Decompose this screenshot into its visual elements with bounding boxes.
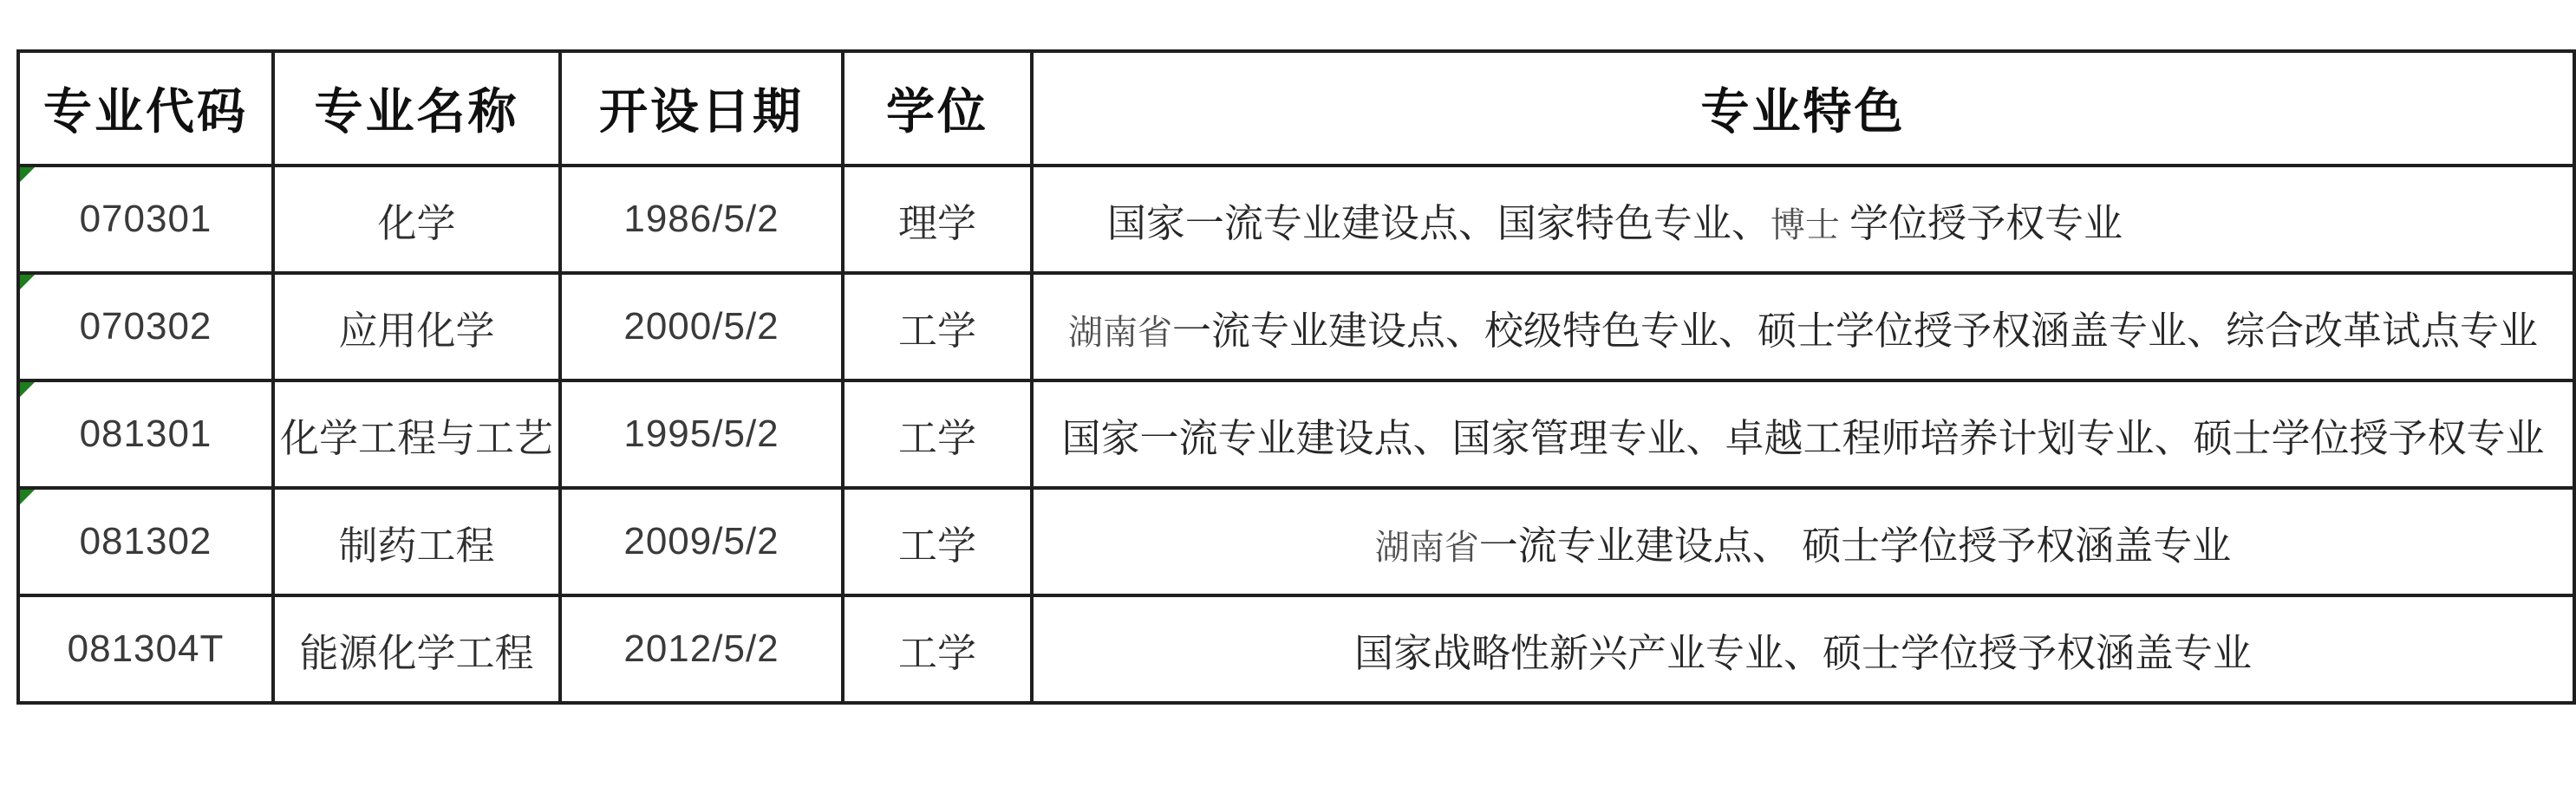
excel-flag-icon	[20, 382, 35, 397]
cell-degree[interactable]: 工学	[843, 273, 1032, 380]
cell-code[interactable]: 070302	[18, 273, 273, 380]
name-text: 化学	[377, 201, 455, 245]
code-text: 081304T	[68, 627, 225, 670]
code-text: 081301	[80, 413, 212, 455]
date-text: 1986/5/2	[623, 198, 779, 240]
features-text-segment: 博士	[1771, 206, 1849, 244]
excel-flag-icon	[20, 167, 35, 182]
cell-date[interactable]: 2012/5/2	[560, 595, 843, 703]
table-header: 专业代码 专业名称 开设日期 学位 专业特色	[18, 51, 2574, 166]
features-text-segment: 学位授予权专业	[1849, 201, 2123, 245]
table-row: 070301化学1986/5/2理学国家一流专业建设点、国家特色专业、博士 学位…	[18, 166, 2574, 273]
code-text: 070301	[80, 198, 212, 240]
cell-features[interactable]: 湖南省一流专业建设点、校级特色专业、硕士学位授予权涵盖专业、综合改革试点专业	[1032, 273, 2574, 380]
column-header-degree[interactable]: 学位	[843, 51, 1032, 166]
table-row: 070302应用化学2000/5/2工学湖南省一流专业建设点、校级特色专业、硕士…	[18, 273, 2574, 380]
cell-features[interactable]: 湖南省一流专业建设点、 硕士学位授予权涵盖专业	[1032, 488, 2574, 595]
degree-text: 工学	[898, 309, 976, 353]
table-row: 081304T能源化学工程2012/5/2工学国家战略性新兴产业专业、硕士学位授…	[18, 595, 2574, 703]
features-text-segment: 国家一流专业建设点、国家特色专业、	[1107, 201, 1771, 245]
excel-flag-icon	[20, 490, 35, 504]
table-body: 070301化学1986/5/2理学国家一流专业建设点、国家特色专业、博士 学位…	[18, 166, 2574, 703]
cell-features[interactable]: 国家一流专业建设点、国家管理专业、卓越工程师培养计划专业、硕士学位授予权专业	[1032, 380, 2574, 488]
features-text-segment: 一流专业建设点、校级特色专业、硕士学位授予权涵盖专业、综合改革试点专业	[1172, 309, 2538, 353]
features-text-segment: 一流专业建设点、 硕士学位授予权涵盖专业	[1479, 523, 2232, 568]
cell-degree[interactable]: 工学	[843, 595, 1032, 703]
cell-name[interactable]: 化学	[273, 166, 560, 273]
date-text: 1995/5/2	[623, 413, 779, 455]
code-text: 070302	[80, 305, 212, 348]
column-header-name[interactable]: 专业名称	[273, 51, 560, 166]
programs-table: 专业代码 专业名称 开设日期 学位 专业特色 070301化学1986/5/2理…	[16, 49, 2576, 705]
programs-table-container: 专业代码 专业名称 开设日期 学位 专业特色 070301化学1986/5/2理…	[16, 49, 2573, 705]
date-text: 2012/5/2	[623, 627, 779, 670]
features-text-segment: 湖南省	[1068, 314, 1172, 352]
cell-degree[interactable]: 工学	[843, 488, 1032, 595]
cell-features[interactable]: 国家一流专业建设点、国家特色专业、博士 学位授予权专业	[1032, 166, 2574, 273]
features-text-segment: 国家战略性新兴产业专业、硕士学位授予权涵盖专业	[1354, 631, 2252, 675]
cell-name[interactable]: 制药工程	[273, 488, 560, 595]
name-text: 能源化学工程	[299, 631, 533, 675]
excel-flag-icon	[20, 275, 35, 289]
table-row: 081302制药工程2009/5/2工学湖南省一流专业建设点、 硕士学位授予权涵…	[18, 488, 2574, 595]
cell-degree[interactable]: 工学	[843, 380, 1032, 488]
features-text-segment: 湖南省	[1375, 529, 1479, 567]
cell-name[interactable]: 应用化学	[273, 273, 560, 380]
cell-code[interactable]: 081304T	[18, 595, 273, 703]
date-text: 2009/5/2	[623, 520, 779, 562]
cell-date[interactable]: 2009/5/2	[560, 488, 843, 595]
cell-name[interactable]: 能源化学工程	[273, 595, 560, 703]
cell-code[interactable]: 081301	[18, 380, 273, 488]
column-header-date[interactable]: 开设日期	[560, 51, 843, 166]
cell-date[interactable]: 1986/5/2	[560, 166, 843, 273]
cell-code[interactable]: 081302	[18, 488, 273, 595]
name-text: 制药工程	[338, 523, 494, 568]
name-text: 化学工程与工艺	[280, 416, 553, 460]
column-header-code[interactable]: 专业代码	[18, 51, 273, 166]
cell-code[interactable]: 070301	[18, 166, 273, 273]
degree-text: 工学	[898, 416, 976, 460]
cell-date[interactable]: 2000/5/2	[560, 273, 843, 380]
degree-text: 理学	[898, 201, 976, 245]
code-text: 081302	[80, 520, 212, 562]
cell-degree[interactable]: 理学	[843, 166, 1032, 273]
table-row: 081301化学工程与工艺1995/5/2工学国家一流专业建设点、国家管理专业、…	[18, 380, 2574, 488]
degree-text: 工学	[898, 523, 976, 568]
name-text: 应用化学	[338, 309, 494, 353]
cell-date[interactable]: 1995/5/2	[560, 380, 843, 488]
date-text: 2000/5/2	[623, 305, 779, 348]
degree-text: 工学	[898, 631, 976, 675]
cell-features[interactable]: 国家战略性新兴产业专业、硕士学位授予权涵盖专业	[1032, 595, 2574, 703]
features-text-segment: 国家一流专业建设点、国家管理专业、卓越工程师培养计划专业、硕士学位授予权专业	[1061, 416, 2544, 460]
cell-name[interactable]: 化学工程与工艺	[273, 380, 560, 488]
column-header-features[interactable]: 专业特色	[1032, 51, 2574, 166]
table-header-row: 专业代码 专业名称 开设日期 学位 专业特色	[18, 51, 2574, 166]
